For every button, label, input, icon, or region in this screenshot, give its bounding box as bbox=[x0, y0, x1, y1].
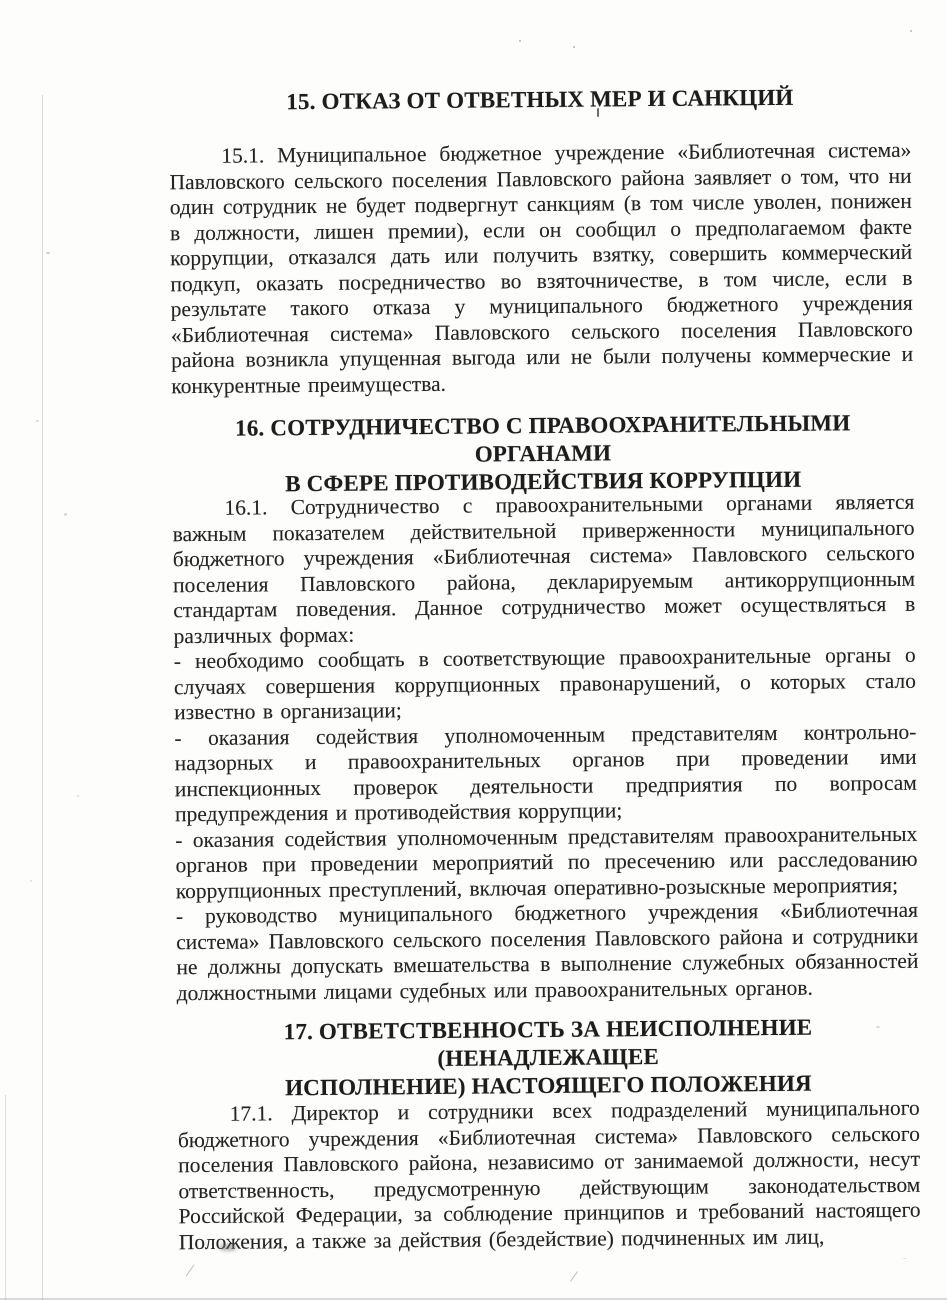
scan-speck bbox=[77, 795, 79, 797]
scan-fold-line bbox=[42, 95, 43, 1300]
scanned-document-page: 15. ОТКАЗ ОТ ОТВЕТНЫХ МЕР И САНКЦИЙ 15.1… bbox=[0, 0, 947, 1300]
section-16-paragraph: 16.1. Сотрудничество с правоохранительны… bbox=[172, 490, 915, 649]
scan-speck bbox=[573, 46, 575, 48]
scan-speck bbox=[903, 1258, 907, 1259]
scan-speck bbox=[30, 880, 32, 882]
section-17-paragraph: 17.1. Директор и сотрудники всех подразд… bbox=[178, 1096, 921, 1255]
scan-speck bbox=[221, 616, 224, 618]
section-15-heading: 15. ОТКАЗ ОТ ОТВЕТНЫХ МЕР И САНКЦИЙ bbox=[169, 83, 911, 117]
heading-line-1: 17. ОТВЕТСТВЕННОСТЬ ЗА НЕИСПОЛНЕНИЕ (НЕН… bbox=[177, 1013, 919, 1075]
bullet-paragraph-4: - руководство муниципального бюджетного … bbox=[176, 898, 919, 1006]
scan-smudge bbox=[220, 1244, 236, 1251]
bullet-paragraph-1: - необходимо сообщать в соответствующие … bbox=[174, 643, 917, 726]
heading-line-1: 16. СОТРУДНИЧЕСТВО С ПРАВООХРАНИТЕЛЬНЫМИ… bbox=[172, 409, 914, 471]
scan-speck bbox=[46, 252, 50, 254]
section-16-heading: 16. СОТРУДНИЧЕСТВО С ПРАВООХРАНИТЕЛЬНЫМИ… bbox=[172, 409, 915, 499]
section-15-paragraph: 15.1. Муниципальное бюджетное учреждение… bbox=[169, 138, 913, 399]
document-text-block: 15. ОТКАЗ ОТ ОТВЕТНЫХ МЕР И САНКЦИЙ 15.1… bbox=[168, 0, 921, 1300]
scan-speck bbox=[64, 513, 67, 516]
scan-speck bbox=[36, 420, 39, 422]
scan-speck bbox=[519, 40, 521, 42]
scan-edge-line bbox=[5, 1095, 6, 1300]
scan-speck bbox=[597, 108, 599, 117]
bullet-paragraph-3: - оказания содействия уполномоченным пре… bbox=[175, 821, 918, 904]
bullet-paragraph-2: - оказания содействия уполномоченным пре… bbox=[174, 719, 917, 827]
scan-speck bbox=[910, 30, 912, 32]
scan-speck bbox=[876, 1026, 880, 1028]
section-16-body: 16.1. Сотрудничество с правоохранительны… bbox=[172, 490, 918, 1006]
section-17-heading: 17. ОТВЕТСТВЕННОСТЬ ЗА НЕИСПОЛНЕНИЕ (НЕН… bbox=[177, 1013, 920, 1103]
